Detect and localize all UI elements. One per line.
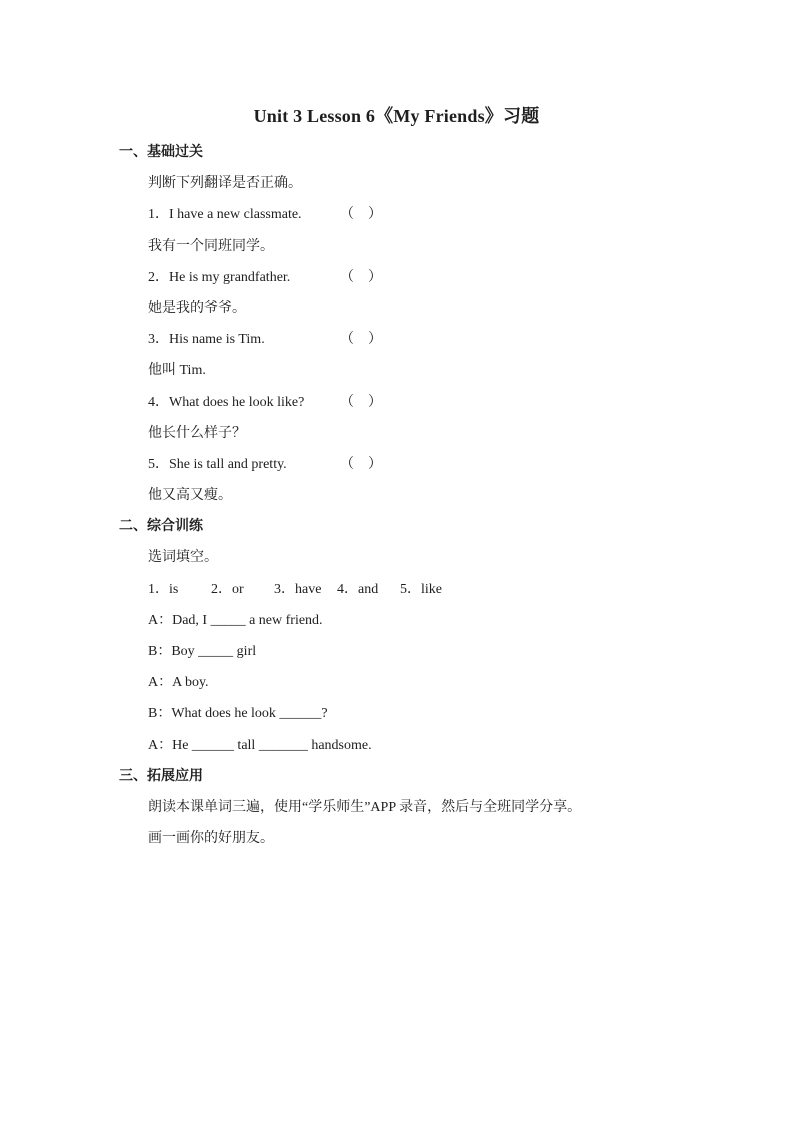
judge-item-2-zh: 她是我的爷爷。 <box>148 293 793 324</box>
section-3-heading: 三、拓展应用 <box>119 761 793 792</box>
judge-item-2-answer-blank: （ ） <box>340 262 382 293</box>
page-title: Unit 3 Lesson 6《My Friends》习题 <box>0 103 793 129</box>
worksheet-page: Unit 3 Lesson 6《My Friends》习题 一、基础过关 判断下… <box>0 0 793 1122</box>
section-1-intro: 判断下列翻译是否正确。 <box>148 168 793 199</box>
judge-item-3-zh: 他叫 Tim. <box>148 355 793 386</box>
section-1-title: 基础过关 <box>147 145 203 160</box>
extension-task-1: 朗读本课单词三遍，使用“学乐师生”APP 录音，然后与全班同学分享。 <box>148 792 793 823</box>
section-2-intro: 选词填空。 <box>148 542 793 573</box>
dialog-line-4: B：What does he look ______? <box>148 698 793 729</box>
word-bank-option-2: 2．or <box>211 574 274 605</box>
judge-item-4-en: 4．What does he look like?（ ） <box>148 387 793 418</box>
section-2-title: 综合训练 <box>147 519 203 534</box>
section-2-heading: 二、综合训练 <box>119 511 793 542</box>
dialog-line-1: A：Dad, I _____ a new friend. <box>148 605 793 636</box>
section-1-heading: 一、基础过关 <box>119 137 793 168</box>
section-3-label: 三、 <box>119 769 147 784</box>
judge-item-2-text: 2．He is my grandfather. <box>148 270 290 285</box>
judge-item-5-en: 5．She is tall and pretty.（ ） <box>148 449 793 480</box>
judge-item-4-text: 4．What does he look like? <box>148 395 304 410</box>
word-bank-option-3: 3．have <box>274 574 337 605</box>
judge-item-1-answer-blank: （ ） <box>340 199 382 230</box>
judge-item-2-en: 2．He is my grandfather.（ ） <box>148 262 793 293</box>
judge-item-3-answer-blank: （ ） <box>340 324 382 355</box>
dialog-line-2: B：Boy _____ girl <box>148 636 793 667</box>
section-1-label: 一、 <box>119 145 147 160</box>
judge-item-1-en: 1．I have a new classmate.（ ） <box>148 199 793 230</box>
judge-item-4-zh: 他长什么样子？ <box>148 418 793 449</box>
judge-item-1-text: 1．I have a new classmate. <box>148 207 302 222</box>
judge-item-4-answer-blank: （ ） <box>340 387 382 418</box>
word-bank-option-1: 1．is <box>148 574 211 605</box>
section-2-label: 二、 <box>119 519 147 534</box>
judge-item-5-text: 5．She is tall and pretty. <box>148 457 287 472</box>
section-3-title: 拓展应用 <box>147 769 203 784</box>
word-bank-option-4: 4．and <box>337 574 400 605</box>
extension-task-2: 画一画你的好朋友。 <box>148 823 793 854</box>
judge-item-3-en: 3．His name is Tim.（ ） <box>148 324 793 355</box>
word-bank-option-5: 5．like <box>400 574 442 605</box>
dialog-line-5: A：He ______ tall _______ handsome. <box>148 730 793 761</box>
judge-item-5-answer-blank: （ ） <box>340 449 382 480</box>
word-bank: 1．is2．or3．have4．and5．like <box>148 574 793 605</box>
dialog-line-3: A：A boy. <box>148 667 793 698</box>
judge-item-5-zh: 他又高又瘦。 <box>148 480 793 511</box>
judge-item-1-zh: 我有一个同班同学。 <box>148 231 793 262</box>
judge-item-3-text: 3．His name is Tim. <box>148 332 265 347</box>
